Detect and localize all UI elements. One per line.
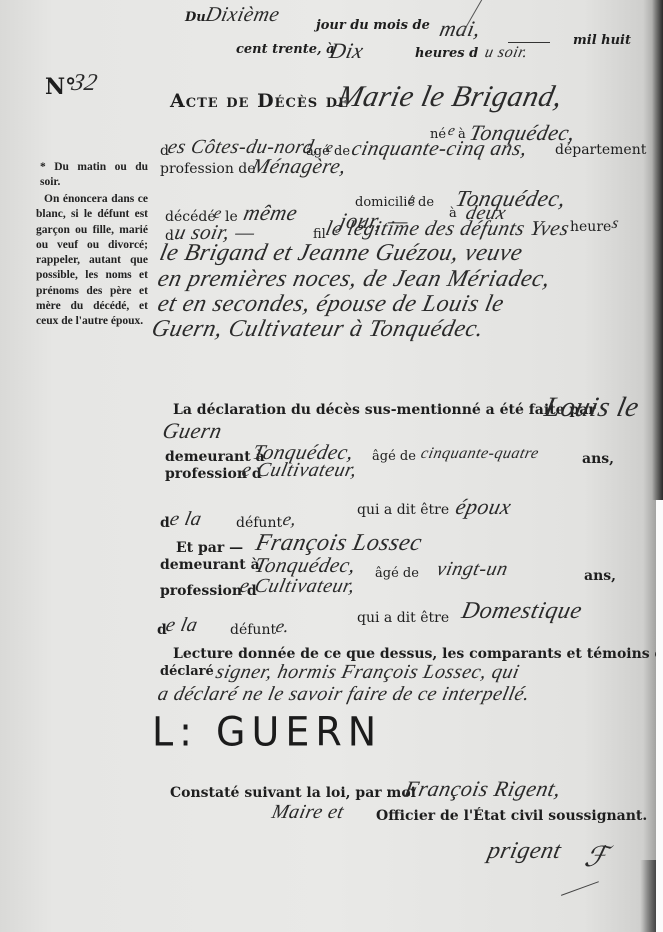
- declarant-relation-label: qui a dit être: [357, 502, 449, 518]
- page-edge-margin: [656, 500, 663, 932]
- header-day-handwritten: Dixième: [203, 2, 282, 27]
- departement-label: département: [555, 142, 646, 158]
- margin-note-time: * Du matin ou du soir.: [40, 160, 148, 191]
- declarant-ans: ans,: [582, 451, 614, 467]
- declarant-age-label: âgé de: [372, 449, 416, 464]
- filiation-line-5: Guern, Cultivateur à Tonquédec.: [149, 316, 486, 343]
- margin-note-instructions: On énoncera dans ce blanc, si le défunt …: [36, 192, 148, 330]
- declarant-defunt-suffix: e,: [281, 509, 299, 530]
- officer-signature: prigent: [485, 838, 564, 865]
- witness-defunt-suffix: e.: [274, 616, 292, 637]
- declarant-name-1: Louis le: [542, 392, 642, 424]
- filiation-line-1: le légitime des défunts Yves: [323, 216, 571, 241]
- filiation-line-2: le Brigand et Jeanne Guézou, veuve: [157, 240, 525, 267]
- deceased-age: cinquante-cinq ans,: [349, 136, 529, 161]
- declarant-signature: L: GUERN: [152, 709, 382, 755]
- attestation-printed-2: Officier de l'État civil soussignant.: [376, 808, 647, 824]
- reading-handwritten-1: signer, hormis François Lossec, qui: [214, 661, 522, 684]
- civil-register-page: Du Dixième jour du mois de mai, mil huit…: [0, 0, 663, 932]
- header-time-of-day-handwritten: u soir.: [483, 44, 529, 62]
- page-edge-shadow: [652, 0, 663, 500]
- signature-paraph-icon: ℱ: [581, 840, 611, 874]
- header-hour-handwritten: Dix: [327, 38, 366, 64]
- officer-title: Maire et: [270, 801, 346, 824]
- header-jour-du-mois: jour du mois de: [316, 18, 430, 33]
- deceased-profession: Ménagère,: [249, 154, 348, 179]
- declarant-de-la: e la: [168, 508, 204, 531]
- officer-name: François Rigent,: [402, 776, 563, 802]
- witness-age-label: âgé de: [375, 566, 419, 581]
- witness-relation-label: qui a dit être: [357, 610, 449, 626]
- deceased-name: Marie le Brigand,: [334, 80, 566, 114]
- filiation-line-3: en premières noces, de Jean Mériadec,: [155, 266, 553, 293]
- page-corner-shadow: [640, 860, 656, 932]
- witness-intro: Et par —: [176, 540, 243, 556]
- witness-relation: Domestique: [459, 598, 584, 625]
- attestation-printed-1: Constaté suivant la loi, par moi: [170, 785, 416, 801]
- signature-flourish: [561, 881, 599, 896]
- header-month-handwritten: mai,: [437, 16, 483, 42]
- act-number: 32: [69, 70, 100, 97]
- reading-printed-1: Lecture donnée de ce que dessus, les com…: [173, 646, 663, 662]
- declarant-name-2: Guern: [160, 418, 224, 444]
- reading-printed-2: déclaré: [160, 664, 214, 679]
- declarant-profession: e Cultivateur,: [240, 459, 360, 482]
- domicile-de: de: [418, 195, 434, 210]
- declaration-intro: La déclaration du décès sus-mentionné a …: [173, 402, 596, 418]
- witness-de-la: e la: [164, 614, 200, 637]
- death-heures: heure: [570, 219, 611, 235]
- profession-label: profession de: [160, 161, 256, 177]
- declarant-age: cinquante-quatre: [419, 445, 540, 463]
- declarant-relation: époux: [453, 494, 514, 520]
- header-du: Du: [185, 10, 206, 25]
- filiation-line-4: et en secondes, épouse de Louis le: [155, 291, 506, 318]
- header-cent-trente: cent trente, à: [236, 42, 335, 57]
- witness-profession: e Cultivateur,: [238, 575, 358, 598]
- witness-ans: ans,: [584, 568, 616, 584]
- witness-age: vingt-un: [435, 558, 511, 581]
- header-mil-huit: mil huit: [573, 33, 631, 48]
- reading-handwritten-2: a déclaré ne le savoir faire de ce inter…: [156, 683, 532, 706]
- declarant-defunt: défunt: [236, 515, 282, 531]
- witness-defunt: défunt: [230, 622, 276, 638]
- act-title: Acte de Décès de: [170, 90, 349, 112]
- witness-residence-label: demeurant à: [160, 557, 260, 573]
- header-heures: heures d: [415, 46, 478, 61]
- death-heures-suffix: s: [610, 215, 621, 233]
